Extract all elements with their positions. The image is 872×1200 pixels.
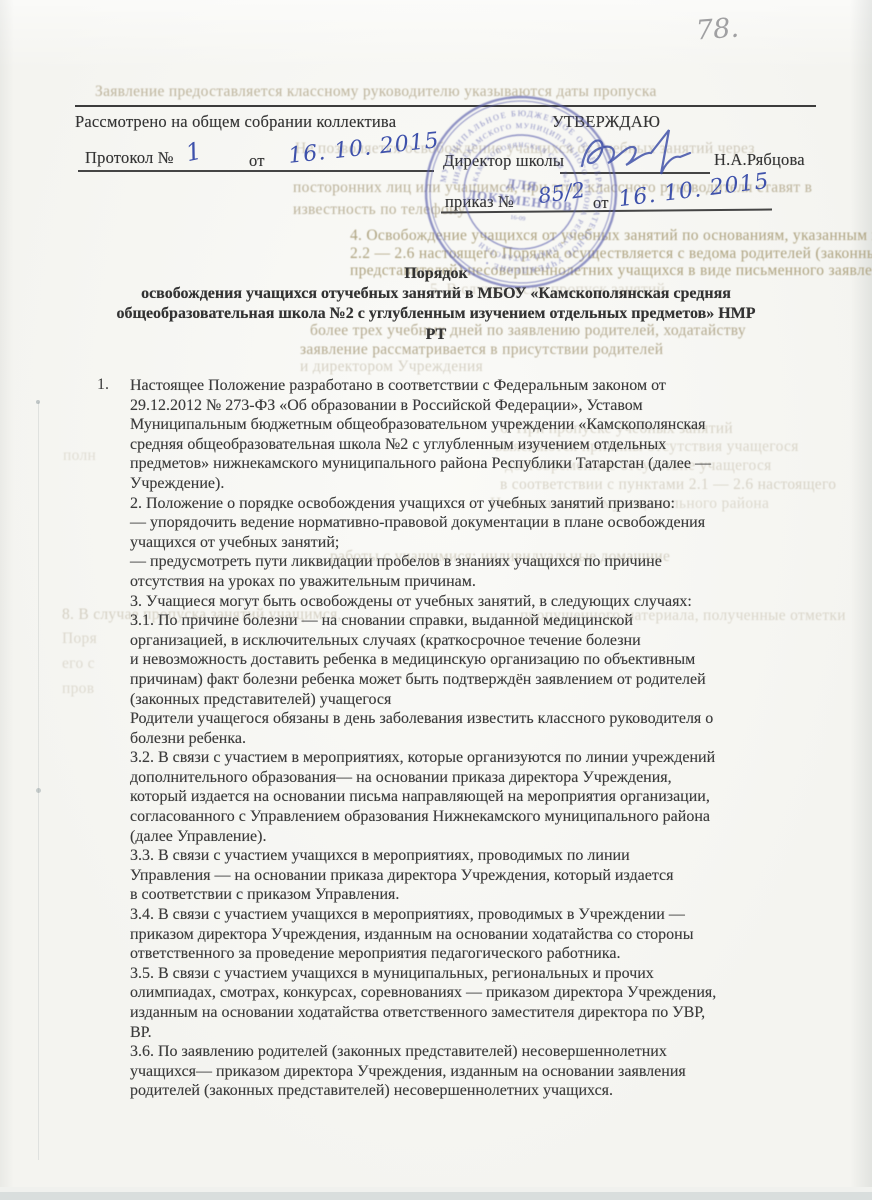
- body-line: отсутствия на уроках по уважительным при…: [130, 572, 830, 592]
- body-line: олимпиадах, смотрах, конкурсах, соревнов…: [130, 983, 830, 1003]
- protocol-label: Протокол №: [85, 148, 174, 168]
- body-line: Родители учащегося обязаны в день заболе…: [130, 709, 830, 729]
- stamp-center-small: 16-09: [510, 214, 526, 223]
- body-line: причинам) факт болезни ребенка может быт…: [130, 670, 830, 690]
- body-line: Управления — на основании приказа директ…: [130, 866, 830, 886]
- page-number-handwritten: 78.: [695, 13, 740, 47]
- body-line: 3.5. В связи с участием учащихся в муниц…: [130, 964, 830, 984]
- list-item-marker: 1.: [97, 376, 109, 394]
- body-line: изданным на основании ходатайства ответс…: [130, 1003, 830, 1023]
- bleedthrough-line: полн: [63, 447, 96, 465]
- paper-crease-line: [38, 402, 39, 1160]
- protocol-underline: [78, 170, 434, 172]
- director-name: Н.А.Рябцова: [714, 150, 805, 170]
- body-line: согласованного с Управлением образования…: [130, 807, 830, 827]
- title-line-3: общеобразовательная школа №2 с углубленн…: [56, 304, 816, 324]
- scanned-document-page: Заявление предоставляется классному руко…: [0, 0, 872, 1200]
- body-line: — упорядочить ведение нормативно-правово…: [130, 513, 830, 533]
- bleedthrough-line: и директором Учреждения: [300, 358, 483, 376]
- signature-stroke: [582, 130, 690, 174]
- body-line: ответственного за проведение мероприятия…: [130, 944, 830, 964]
- from-label-1: от: [249, 151, 265, 171]
- body-line: организацией, в исключительных случаях (…: [130, 631, 830, 651]
- scan-edge-bottom: [0, 1192, 872, 1200]
- body-line: и невозможность доставить ребенка в меди…: [130, 650, 830, 670]
- body-line: Учреждение).: [130, 474, 830, 494]
- body-line: 3.4. В связи с участием учащихся в мероп…: [130, 905, 830, 925]
- body-line: 3.3. В связи с участием учащихся в мероп…: [130, 846, 830, 866]
- body-line: (далее Управление).: [130, 827, 830, 847]
- body-line: Муниципальным бюджетным общеобразователь…: [130, 415, 830, 435]
- body-line: ВР.: [130, 1023, 830, 1043]
- body-line: в соответствии с приказом Управления.: [130, 885, 830, 905]
- body-line: 3.2. В связи с участием в мероприятиях, …: [130, 748, 830, 768]
- crease-mark-top: [36, 400, 40, 404]
- body-line: учащихся от учебных занятий;: [130, 533, 830, 553]
- title-line-4: РТ: [56, 325, 816, 345]
- document-body: 1. Настоящее Положение разработано в соо…: [130, 376, 830, 1101]
- body-line: 3.6. По заявлению родителей (законных пр…: [130, 1042, 830, 1062]
- body-line: (законных представителей) учащегося: [130, 690, 830, 710]
- body-line: который издается на основании письма нап…: [130, 787, 830, 807]
- body-line: 3.1. По причине болезни — на сновании сп…: [130, 611, 830, 631]
- signature-svg: [576, 126, 696, 182]
- crease-mark-mid: [36, 788, 41, 793]
- reviewed-label: Рассмотрено на общем собрании коллектива: [75, 112, 396, 132]
- body-line: 29.12.2012 № 273-ФЗ «Об образовании в Ро…: [130, 396, 830, 416]
- bleedthrough-line: его с: [62, 655, 95, 673]
- title-line-1: Порядок: [56, 264, 816, 284]
- body-line: болезни ребенка.: [130, 729, 830, 749]
- body-line: 2. Положение о порядке освобождения учащ…: [130, 494, 830, 514]
- body-line: средняя общеобразовательная школа №2 с у…: [130, 435, 830, 455]
- bleedthrough-line: Поря: [62, 630, 97, 648]
- body-line: — предусмотреть пути ликвидации пробелов…: [130, 552, 830, 572]
- body-line: предметов» нижнекамского муниципального …: [130, 454, 830, 474]
- body-line: учащихся— приказом директора Учреждения,…: [130, 1062, 830, 1082]
- body-line: приказом директора Учреждения, изданным …: [130, 925, 830, 945]
- body-line: родителей (законных представителей) несо…: [130, 1081, 830, 1101]
- body-line: Настоящее Положение разработано в соотве…: [130, 376, 830, 396]
- document-title: Порядок освобождения учащихся отучебных …: [56, 264, 816, 345]
- body-line: дополнительного образования— на основани…: [130, 768, 830, 788]
- title-line-2: освобождения учащихся отучебных занятий …: [56, 284, 816, 304]
- director-signature: [576, 126, 696, 182]
- body-line: 3. Учащиеся могут быть освобождены от уч…: [130, 592, 830, 612]
- bleedthrough-line: пров: [62, 680, 94, 698]
